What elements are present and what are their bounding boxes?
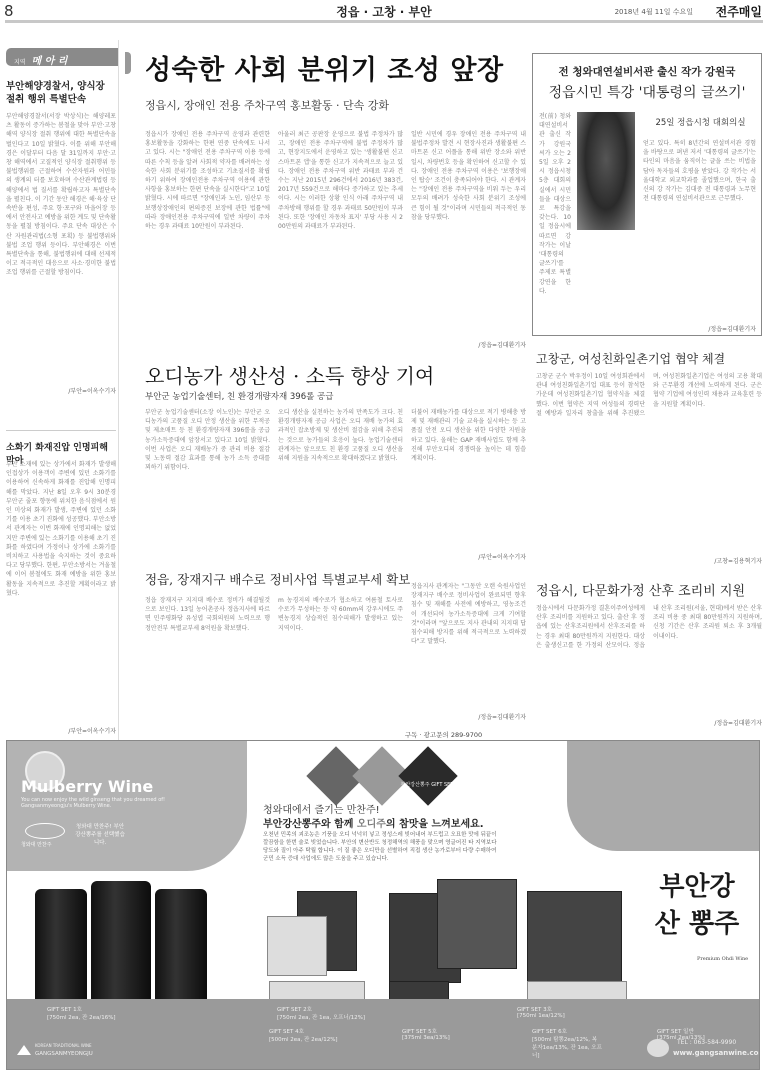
ad-headline-2c: 의 참맛을 느껴보세요. [386, 819, 484, 830]
ad-headline-1: 청와대에서 즐기는 만찬주! [263, 801, 380, 816]
company-website[interactable]: www.gangsanwine.com [673, 1049, 760, 1057]
article-byline: /부안=이옥수기자 [6, 386, 116, 395]
ad-description: 오천년 민족의 괴조농은 기풍을 오디 넉넉히 넣고 정성스레 빚어내어 부드럽… [263, 831, 503, 863]
gift-set-spec: [750ml 2ea, 잔 2ea/16%] [47, 1013, 116, 1021]
gift-badge: 부안강산뽕주 GIFT SET [392, 781, 462, 788]
ad-tagline-en: You can now enjoy the wild ginseng that … [21, 797, 211, 809]
ad-brand-en: Mulberry Wine [21, 777, 153, 796]
gochang-body: 고창군 군수 박우정이 10일 여성회관에서 관내 여성친화일촌기업 대표 등이… [536, 372, 762, 552]
gift-set-spec: [750ml 2ea, 잔 1ea, 오프너/12%] [277, 1013, 365, 1021]
feature-body-left: 전(前) 청와대연설비서관 출신 작가 강원국 씨가 오는 25일 오후 2시 … [539, 112, 571, 312]
author-photo [577, 112, 635, 230]
ad-headline-2a: 부안강산뽕주와 함께 [263, 819, 357, 830]
header-rule [5, 20, 763, 23]
brand-calligraphy: 부안강산 뽕주 [647, 866, 747, 940]
article-column: 아울러 최근 공판장 운영으로 불법 주정차가 많고, 장애인 전용 주차구역에… [278, 130, 403, 330]
gift-set-label: GIFT SET 4호 [269, 1027, 304, 1035]
gift-set-label: GIFT SET 일반 [657, 1027, 694, 1035]
ad-footer: GIFT SET 1호 [750ml 2ea, 잔 2ea/16%] GIFT … [7, 999, 760, 1069]
cheongwadae-note: 청와대 만찬주! 부안강산뽕주를 선택했습니다. [75, 823, 125, 847]
article-byline: /부안=이옥수기자 [411, 552, 526, 561]
gift-set-label: GIFT SET 6호 [532, 1027, 567, 1035]
article-column: 오디 생산을 실천하는 농가의 만족도가 크다. 친 환경개량자재 공급 사업은… [278, 408, 403, 553]
ad-headline-2b: 오디주 [357, 819, 386, 830]
article-column: 더불어 재배농가를 대상으로 적기 병해충 방제 및 재배관리 기술 교육을 실… [411, 408, 526, 548]
section-tag: 지역 메 아 리 [6, 48, 118, 66]
berry-photo [567, 741, 760, 851]
odi-subheadline: 부안군 농업기술센터, 친 환경개량자재 396롤 공급 [145, 390, 333, 402]
article-column: m 농경지의 배수로가 협소하고 여름철 토사로 수로가 무성하는 등 약 60… [278, 596, 403, 726]
gift-set-spec: [750ml 1ea/12%] [517, 1013, 565, 1019]
issue-date: 2018년 4월 11일 수요일 [615, 7, 693, 17]
divider [6, 430, 116, 431]
company-name: GANGSANMYEONGJU [35, 1051, 93, 1057]
gochang-headline: 고창군, 여성친화일촌기업 협약 체결 [536, 350, 725, 367]
main-headline: 성숙한 사회 분위기 조성 앞장 [145, 48, 504, 87]
article-body: 부안해양경찰서(서장 박상식)는 해양레포츠 활동이 증가하는 봄철을 맞아 부… [6, 112, 116, 382]
odi-headline: 오디농가 생산성 · 소득 향상 기여 [145, 360, 434, 389]
gift-set-label: GIFT SET 1호 [47, 1005, 82, 1013]
article-column: 부안군 농업기술센터(소장 이노인)는 부안군 오디농가의 고품질 오디 안정 … [145, 408, 270, 553]
article-column: 일반 시민에 경우 장애인 전용 주차구역 내 불법주정차 발견 시 현장사진과… [411, 130, 526, 335]
feature-body-left-cont [577, 234, 635, 324]
feature-kicker: 전 청와대연설비서관 출신 작가 강원국 [533, 64, 761, 79]
article-byline: /고창=김용혁기자 [536, 556, 762, 565]
company-logo-icon [17, 1045, 31, 1055]
headline-marker [125, 52, 131, 74]
gift-set-spec: [500ml 2ea, 잔 2ea/12%] [269, 1035, 338, 1043]
article-byline: /정읍=김대환기자 [536, 718, 762, 727]
article-column: 정읍 장재지구 지지대 배수로 정비가 해결될것으로 보인다. 13일 농어촌공… [145, 596, 270, 726]
article-byline: /부안=이옥수기자 [6, 726, 116, 735]
advertisement[interactable]: Mulberry Wine You can now enjoy the wild… [6, 740, 760, 1070]
brand-sub: Premium Ohdi Wine [697, 956, 757, 962]
feature-title: 정읍시민 특강 '대통령의 글쓰기' [533, 82, 761, 102]
gift-set-label: GIFT SET 2호 [277, 1005, 312, 1013]
ad-headline-2: 부안강산뽕주와 함께 오디주의 참맛을 느껴보세요. [263, 815, 484, 830]
feature-subtitle: 25일 정읍시청 대회의실 [643, 116, 758, 128]
gift-set-spec: [500ml 탐뽕2ea/12%, 복분자1ea/13%, 잔 1ea, 오프너… [532, 1035, 602, 1059]
gift-badge-diamond [398, 746, 457, 805]
article-byline: /정읍=김대환기자 [411, 340, 526, 349]
gift-set-spec: [375ml 3ea/13%] [402, 1035, 450, 1041]
postpartum-body: 정읍시에서 다문화가정 결혼이주여성에게 산후 조리비를 지원하고 있다. 출산… [536, 604, 762, 714]
company-label: KOREAN TRADITIONAL WINE [35, 1043, 92, 1048]
drain-headline: 정읍, 장재지구 배수로 정비사업 특별교부세 확보 [145, 570, 410, 588]
gift-box [437, 879, 517, 969]
feature-body-right: 얻고 있다. 특히 8년간의 연설비서관 경험을 바탕으로 펴낸 저서 '대통령… [643, 139, 756, 319]
article-title: 부안해양경찰서, 양식장 절취 행위 특별단속 [6, 80, 116, 106]
postpartum-headline: 정읍시, 다문화가정 산후 조리비 지원 [536, 580, 745, 599]
gift-set-label: GIFT SET 3호 [517, 1005, 552, 1013]
subscription-info: 구독 · 광고문의 289-9700 [125, 730, 762, 739]
section-tag-big: 메 아 리 [32, 56, 68, 67]
gift-set-label: GIFT SET 5호 [402, 1027, 437, 1035]
article-column: 정읍지사 관계자는 "그동안 오랜 숙원사업인 장재지구 배수로 정비사업이 완… [411, 582, 526, 712]
gift-box [267, 916, 327, 976]
company-phone: TEL : 063-584-9990 [677, 1039, 736, 1046]
cheongwadae-logo-text: 청와대 만찬주 [21, 841, 52, 848]
main-subheadline: 정읍시, 장애인 전용 주차구역 홍보활동 · 단속 강화 [145, 97, 389, 113]
newspaper-name: 전주매일 [716, 3, 762, 20]
feature-box: 전 청와대연설비서관 출신 작가 강원국 정읍시민 특강 '대통령의 글쓰기' … [532, 53, 762, 336]
company-emblem-icon [647, 1039, 669, 1057]
article-column: 정읍시가 장애인 전용 주차구역 운영과 관련한 홍보활동을 강화하는 한편 연… [145, 130, 270, 330]
cheongwadae-logo-icon [25, 823, 65, 839]
article-body: 부안 소재에 있는 상가에서 화재가 발생해 인접상가 이용객이 주변에 있던 … [6, 460, 116, 722]
section-tag-small: 지역 [14, 59, 26, 66]
feature-byline: /정읍=김대환기자 [643, 324, 756, 333]
column-divider [118, 40, 119, 740]
article-byline: /정읍=김대환기자 [411, 712, 526, 721]
